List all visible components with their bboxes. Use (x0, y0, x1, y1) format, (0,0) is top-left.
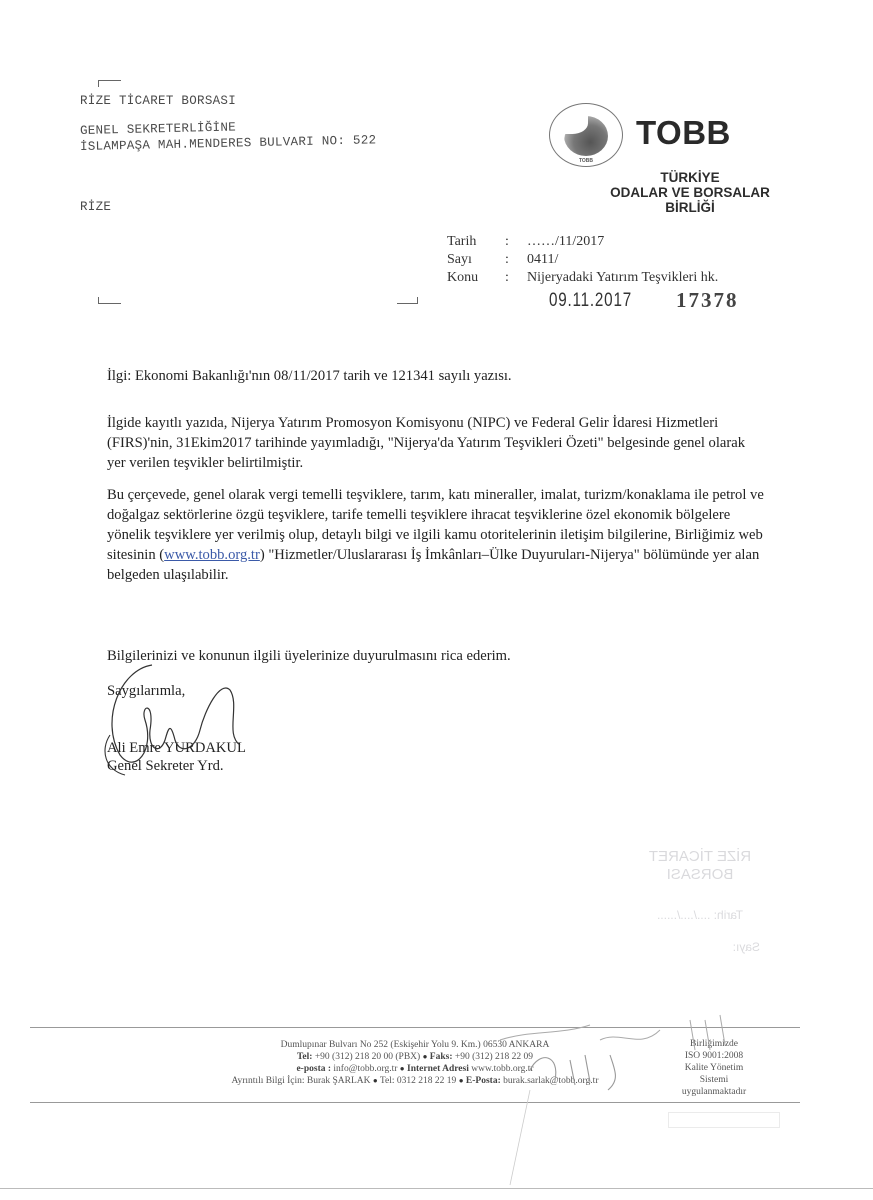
tel-label: Tel: (297, 1052, 312, 1062)
bullet-icon: ● (400, 1064, 405, 1073)
footer-divider-bottom (30, 1102, 800, 1103)
tobb-seal-logo: TÜRKİYE ODALAR VE BORSALAR BİRLİĞİ TOBB (549, 103, 623, 167)
footer-address: Dumlupınar Bulvarı No 252 (Eskişehir Yol… (195, 1039, 635, 1051)
page-edge (0, 1188, 873, 1189)
recipient-line-2: GENEL SEKRETERLİĞİNE (80, 120, 236, 138)
iso-certification-note: Birliğimizde ISO 9001:2008 Kalite Yöneti… (658, 1038, 770, 1098)
bleed-through-stamp: RİZE TİCARET BORSASI Tarih: ..../..../..… (620, 848, 780, 998)
meta-label: Sayı (447, 251, 505, 269)
contact-person: Ayrıntılı Bilgi İçin: Burak ŞARLAK (232, 1076, 371, 1086)
email-link[interactable]: info@tobb.org.tr (333, 1064, 397, 1074)
web-link[interactable]: www.tobb.org.tr (471, 1064, 533, 1074)
footer-phone-line: Tel: +90 (312) 218 20 00 (PBX) ● Faks: +… (195, 1051, 635, 1063)
contact-tel: Tel: 0312 218 22 19 (380, 1076, 456, 1086)
meta-row-date: Tarih : ……/11/2017 (447, 233, 718, 251)
handwritten-annotation (490, 1010, 790, 1190)
bleed-stamp-line: BORSASI (620, 866, 780, 884)
recipient-line-4: RİZE (80, 200, 111, 214)
letter-meta: Tarih : ……/11/2017 Sayı : 0411/ Konu : N… (447, 233, 718, 287)
bleed-stamp-line: RİZE TİCARET (620, 848, 780, 866)
footer-email-line: e-posta : info@tobb.org.tr ● Internet Ad… (195, 1063, 635, 1075)
iso-line: Birliğimizde (658, 1038, 770, 1050)
fax-value: +90 (312) 218 22 09 (455, 1052, 533, 1062)
registry-stamp-number: 17378 (676, 288, 739, 313)
organization-name: TÜRKİYE ODALAR VE BORSALAR BİRLİĞİ (590, 170, 790, 215)
meta-label: Tarih (447, 233, 505, 251)
meta-value: 0411/ (527, 251, 558, 269)
tobb-wordmark: TOBB (636, 114, 731, 152)
footer-contact: Dumlupınar Bulvarı No 252 (Eskişehir Yol… (195, 1039, 635, 1087)
meta-value: ……/11/2017 (527, 233, 604, 251)
registry-stamp-date: 09.11.2017 (549, 290, 632, 312)
reference-line: İlgi: Ekonomi Bakanlığı'nın 08/11/2017 t… (107, 366, 767, 386)
contact-email-label: E-Posta: (466, 1076, 501, 1086)
faint-stamp-box (668, 1112, 780, 1128)
address-corner-mark (98, 297, 121, 304)
recipient-line-1: RİZE TİCARET BORSASI (80, 94, 236, 108)
org-name-line-1: TÜRKİYE (590, 170, 790, 185)
iso-line: ISO 9001:2008 (658, 1050, 770, 1062)
bullet-icon: ● (459, 1076, 464, 1085)
signer-name: Ali Emre YURDAKUL (107, 739, 767, 757)
meta-colon: : (505, 233, 527, 251)
org-name-line-3: BİRLİĞİ (590, 200, 790, 215)
meta-value: Nijeryadaki Yatırım Teşvikleri hk. (527, 269, 718, 287)
address-corner-mark (397, 297, 418, 304)
iso-line: uygulanmaktadır (658, 1086, 770, 1098)
fax-label: Faks: (430, 1052, 453, 1062)
web-label: Internet Adresi (407, 1064, 469, 1074)
meta-row-number: Sayı : 0411/ (447, 251, 718, 269)
paragraph-2: Bu çerçevede, genel olarak vergi temelli… (107, 485, 767, 585)
bullet-icon: ● (373, 1076, 378, 1085)
meta-colon: : (505, 269, 527, 287)
org-name-line-2: ODALAR VE BORSALAR (590, 185, 790, 200)
meta-label: Konu (447, 269, 505, 287)
footer-divider-top (30, 1027, 800, 1028)
meta-row-subject: Konu : Nijeryadaki Yatırım Teşvikleri hk… (447, 269, 718, 287)
paragraph-3: Bilgilerinizi ve konunun ilgili üyelerin… (107, 646, 767, 666)
address-corner-mark (98, 80, 121, 87)
meta-colon: : (505, 251, 527, 269)
footer-contact-line: Ayrıntılı Bilgi İçin: Burak ŞARLAK ● Tel… (195, 1075, 635, 1087)
website-link[interactable]: www.tobb.org.tr (164, 547, 260, 563)
contact-email-link[interactable]: burak.sarlak@tobb.org.tr (503, 1076, 598, 1086)
iso-line: Sistemi (658, 1074, 770, 1086)
seal-label: TOBB (550, 158, 622, 164)
bullet-icon: ● (423, 1052, 428, 1061)
email-label: e-posta : (296, 1064, 331, 1074)
bleed-stamp-line: Sayı: (620, 938, 780, 956)
tel-value: +90 (312) 218 20 00 (PBX) (315, 1052, 420, 1062)
paragraph-1: İlgide kayıtlı yazıda, Nijerya Yatırım P… (107, 413, 767, 473)
iso-line: Kalite Yönetim (658, 1062, 770, 1074)
bleed-stamp-line: Tarih: ..../..../...... (620, 906, 780, 924)
signer-block: Ali Emre YURDAKUL Genel Sekreter Yrd. (107, 739, 767, 775)
signer-title: Genel Sekreter Yrd. (107, 757, 767, 775)
closing: Saygılarımla, (107, 681, 767, 701)
